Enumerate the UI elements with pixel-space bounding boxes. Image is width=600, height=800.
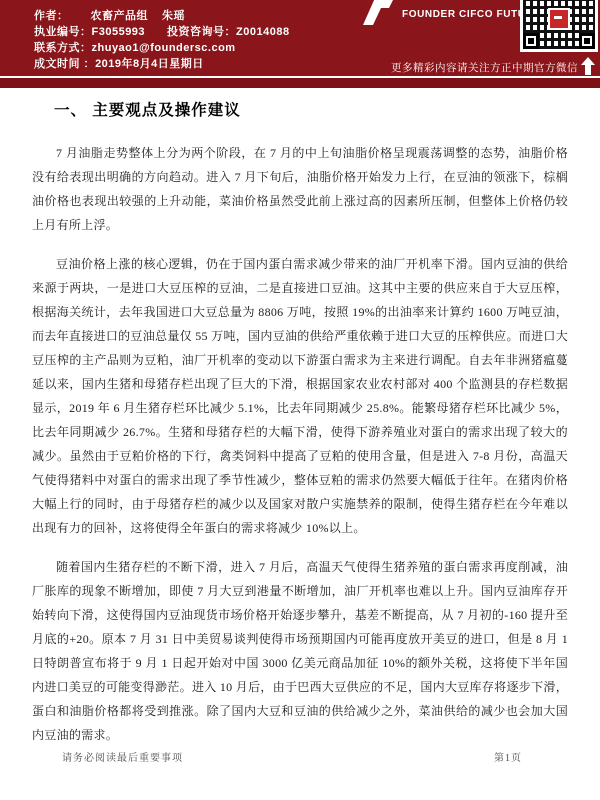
contact-label: 联系方式： bbox=[34, 42, 92, 54]
qr-center-logo-icon bbox=[548, 8, 570, 30]
section-title: 一、 主要观点及操作建议 bbox=[54, 98, 568, 120]
paragraph-core-logic: 豆油价格上涨的核心逻辑，仍在于国内蛋白需求减少带来的油厂开机率下滑。国内豆油的供… bbox=[32, 252, 568, 540]
advisory-label: 投资咨询号： bbox=[167, 26, 236, 38]
wechat-notice: 更多精彩内容请关注方正中期官方微信 bbox=[391, 60, 578, 75]
paragraph-overview: 7 月油脂走势整体上分为两个阶段，在 7 月的中上旬油脂价格呈现震荡调整的态势，… bbox=[32, 141, 568, 237]
report-body: 一、 主要观点及操作建议 7 月油脂走势整体上分为两个阶段，在 7 月的中上旬油… bbox=[0, 88, 600, 747]
header-divider-bar bbox=[0, 78, 600, 88]
author-line: 作者：农畜产品组朱瑶 bbox=[34, 7, 185, 23]
date-value: 2019年8月4日星期日 bbox=[95, 58, 204, 70]
contact-email: zhuyao1@foundersc.com bbox=[92, 42, 236, 54]
author-name: 朱瑶 bbox=[162, 10, 185, 22]
license-number: F3055993 bbox=[92, 26, 146, 38]
paragraph-outlook: 随着国内生猪存栏的不断下滑，进入 7 月后，高温天气使得生猪养殖的蛋白需求再度削… bbox=[32, 555, 568, 747]
date-line: 成文时间 ：2019年8月4日星期日 bbox=[34, 55, 204, 71]
qr-finder-mark bbox=[523, 33, 539, 49]
author-label: 作者： bbox=[34, 10, 69, 22]
up-arrow-icon bbox=[581, 57, 595, 75]
qr-finder-mark bbox=[579, 33, 595, 49]
founder-logo-icon bbox=[358, 0, 398, 27]
footer-page-number: 第1页 bbox=[494, 749, 522, 764]
author-group: 农畜产品组 bbox=[91, 10, 149, 22]
license-line: 执业编号：F3055993投资咨询号：Z0014088 bbox=[34, 23, 290, 39]
date-label: 成文时间 ： bbox=[34, 58, 95, 70]
license-label: 执业编号： bbox=[34, 26, 92, 38]
report-header: 作者：农畜产品组朱瑶 执业编号：F3055993投资咨询号：Z0014088 联… bbox=[0, 0, 600, 76]
footer-disclaimer: 请务必阅读最后重要事项 bbox=[62, 749, 183, 764]
contact-line: 联系方式：zhuyao1@foundersc.com bbox=[34, 39, 236, 55]
report-page: 作者：农畜产品组朱瑶 执业编号：F3055993投资咨询号：Z0014088 联… bbox=[0, 0, 600, 800]
report-footer: 请务必阅读最后重要事项 第1页 bbox=[62, 749, 522, 764]
advisory-number: Z0014088 bbox=[236, 26, 290, 38]
wechat-qr-code-icon bbox=[520, 0, 598, 52]
